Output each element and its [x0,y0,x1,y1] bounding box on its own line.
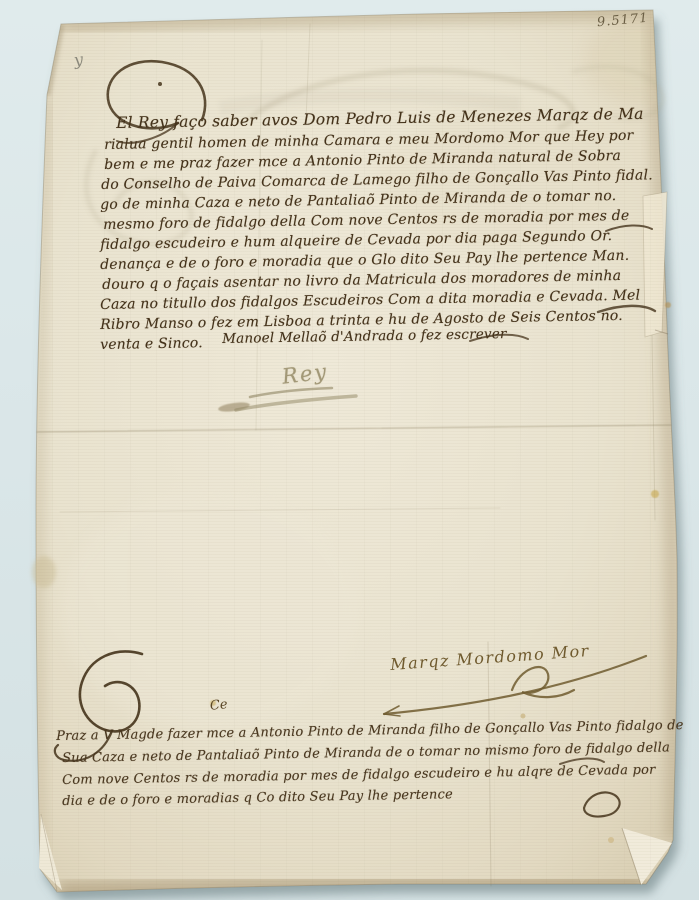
manuscript-line: venta e Sinco. [100,335,203,353]
superscript-mark: Ce [209,697,228,714]
photo-background: y 9.5171 El Rey faço saber avos Dom Pedr… [0,0,699,900]
